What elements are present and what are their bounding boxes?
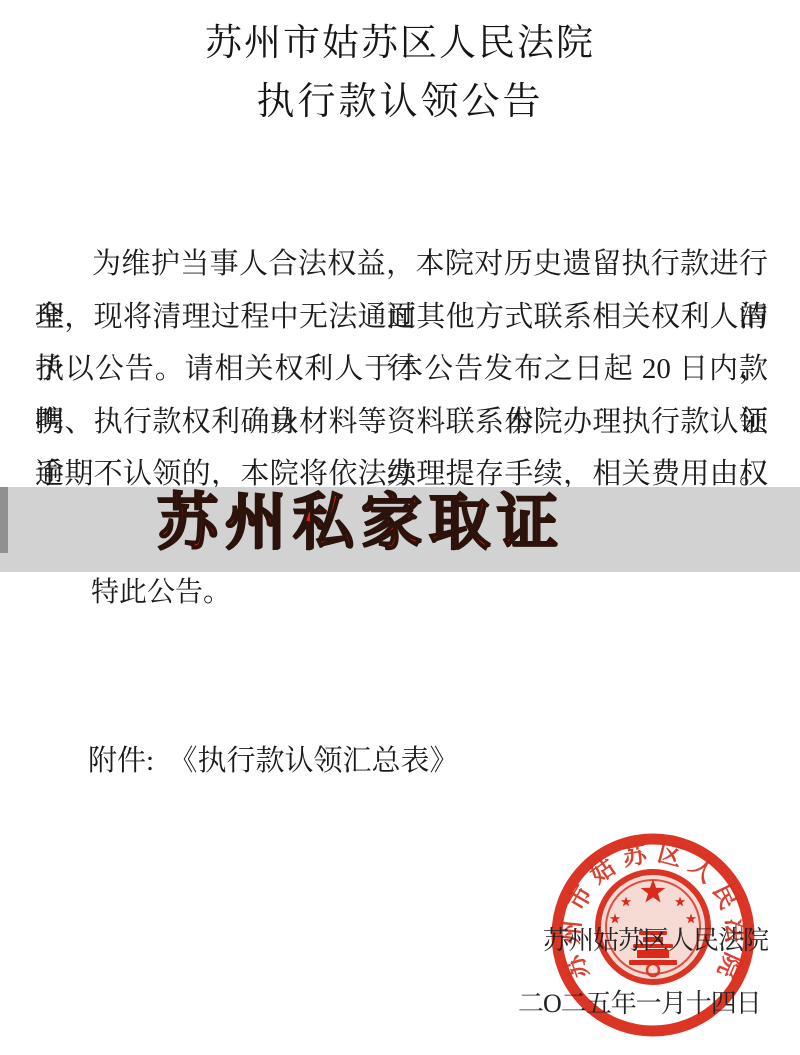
watermark-band-left-edge [0,487,8,553]
notice-date: 二O二五年一月十四日 [518,983,761,1020]
body-line-3: 予以公告。请相关权利人于本公告发布之日起 20 日内，携身份证 [35,343,768,396]
body-line-2: 理，现将清理过程中无法通过其他方式联系相关权利人的执行款 [35,291,768,344]
watermark-text: 苏州私家取证 [138,489,584,555]
body-line-1: 为维护当事人合法权益，本院对历史遗留执行款进行全面清 [35,238,768,291]
attachment-line: 附件: 《执行款认领汇总表》 [88,738,459,779]
notice-title: 执行款认领公告 [0,70,800,125]
court-name-title: 苏州市姑苏区人民法院 [0,12,800,66]
closing-line: 特此公告。 [91,570,231,610]
notice-document: 苏州市姑苏区人民法院 执行款认领公告 为维护当事人合法权益，本院对历史遗留执行款… [0,0,800,1055]
body-line-4: 明、执行款权利确认材料等资料联系本院办理执行款认领手续。 [35,396,768,449]
signature-court-name: 苏州姑苏区人民法院 [543,920,768,957]
